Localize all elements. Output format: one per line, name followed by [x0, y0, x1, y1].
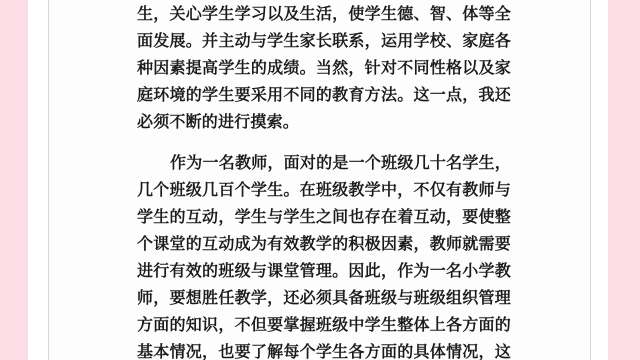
paragraph-1: 生，关心学生学习以及生活，使学生德、智、体等全 面发展。并主动与学生家长联系，运… — [137, 1, 511, 136]
text-line: 必须不断的进行摸索。 — [137, 109, 511, 136]
left-pink-border — [0, 0, 28, 360]
text-line: 基本情况，也要了解每个学生各方面的具体情况，这 — [137, 339, 511, 360]
text-line: 种因素提高学生的成绩。当然，针对不同性格以及家 — [137, 55, 511, 82]
right-page-margin — [591, 0, 608, 360]
document-page: 生，关心学生学习以及生活，使学生德、智、体等全 面发展。并主动与学生家长联系，运… — [48, 0, 591, 360]
text-line: 面发展。并主动与学生家长联系，运用学校、家庭各 — [137, 28, 511, 55]
video-frame: 生，关心学生学习以及生活，使学生德、智、体等全 面发展。并主动与学生家长联系，运… — [0, 0, 640, 360]
text-line: 进行有效的班级与课堂管理。因此，作为一名小学教 — [137, 258, 511, 285]
document-text: 生，关心学生学习以及生活，使学生德、智、体等全 面发展。并主动与学生家长联系，运… — [137, 1, 511, 360]
text-line: 师，要想胜任教学，还必须具备班级与班级组织管理 — [137, 285, 511, 312]
text-line: 生，关心学生学习以及生活，使学生德、智、体等全 — [137, 1, 511, 28]
text-line: 作为一名教师，面对的是一个班级几十名学生， — [137, 150, 511, 177]
right-pink-border — [608, 0, 640, 360]
left-page-margin — [28, 0, 48, 360]
paragraph-2: 作为一名教师，面对的是一个班级几十名学生， 几个班级几百个学生。在班级教学中，不… — [137, 150, 511, 360]
text-line: 方面的知识，不但要掌握班级中学生整体上各方面的 — [137, 312, 511, 339]
text-line: 学生的互动，学生与学生之间也存在着互动，要使整 — [137, 204, 511, 231]
text-line: 几个班级几百个学生。在班级教学中，不仅有教师与 — [137, 177, 511, 204]
text-line: 个课堂的互动成为有效教学的积极因素，教师就需要 — [137, 231, 511, 258]
text-line: 庭环境的学生要采用不同的教育方法。这一点，我还 — [137, 82, 511, 109]
